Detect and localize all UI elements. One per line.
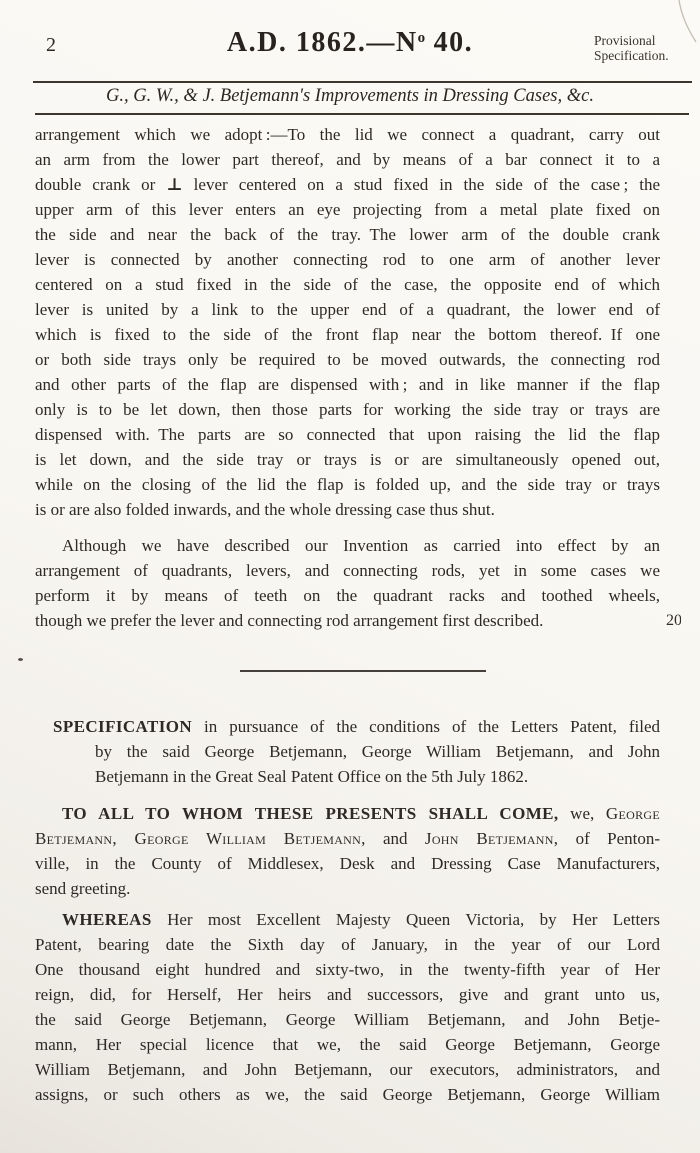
text-segment: William Betjemann, and John Betjemann, o… <box>35 1060 660 1079</box>
text-line: SPECIFICATION in pursuance of the condit… <box>35 714 660 739</box>
text-line: and other parts of the flap are dispense… <box>35 372 660 397</box>
text-line: WHEREAS Her most Excellent Majesty Queen… <box>35 907 660 932</box>
text-segment: mann, Her special licence that we, the s… <box>35 1035 660 1054</box>
header-rule-top <box>33 81 692 83</box>
text-line: centered on a stud fixed in the side of … <box>35 272 660 297</box>
text-line: while on the closing of the lid the flap… <box>35 472 660 497</box>
text-line: ville, in the County of Middlesex, Desk … <box>35 851 660 876</box>
text-line: arrangement which we adopt :—To the lid … <box>35 122 660 147</box>
scanned-patent-page: 2 A.D. 1862.—No 40. Provisional Specific… <box>0 0 700 1153</box>
ink-speck <box>18 658 23 661</box>
text-segment: of Penton- <box>558 829 660 848</box>
text-segment: which is fixed to the side of the front … <box>35 325 660 344</box>
text-segment-sc: George <box>606 804 660 823</box>
text-segment: Although we have described our Invention… <box>62 536 660 555</box>
text-line: send greeting. <box>35 876 660 901</box>
text-segment-sc: Betjemann, George William Betjemann, <box>35 829 366 848</box>
text-segment: is let down, and the side tray or trays … <box>35 450 660 469</box>
text-segment: the side and near the back of the tray. … <box>35 225 660 244</box>
specification-text: arrangement which we adopt :—To the lid … <box>35 122 660 1107</box>
text-segment-b: WHEREAS <box>62 910 152 929</box>
text-segment: lever is connected by another connecting… <box>35 250 660 269</box>
text-segment: reign, did, for Herself, Her heirs and s… <box>35 985 660 1004</box>
text-line: is let down, and the side tray or trays … <box>35 447 660 472</box>
text-segment-b: SPECIFICATION <box>53 717 192 736</box>
text-line: double crank or ⊥ lever centered on a st… <box>35 172 660 197</box>
text-line: Patent, bearing date the Sixth day of Ja… <box>35 932 660 957</box>
text-line: William Betjemann, and John Betjemann, o… <box>35 1057 660 1082</box>
running-title: G., G. W., & J. Betjemann's Improvements… <box>0 86 700 107</box>
text-line: is or are also folded inwards, and the w… <box>35 497 660 522</box>
text-line: or both side trays only be required to b… <box>35 347 660 372</box>
text-segment-sup: o <box>418 30 426 46</box>
text-segment: the said George Betjemann, George Willia… <box>35 1010 660 1029</box>
text-segment: perform it by means of teeth on the quad… <box>35 586 660 605</box>
text-line: the side and near the back of the tray. … <box>35 222 660 247</box>
text-segment: lever centered on a stud fixed in the si… <box>183 175 660 194</box>
text-line: arrangement of quadrants, levers, and co… <box>35 558 660 583</box>
text-line: Betjemann, George William Betjemann, and… <box>35 826 660 851</box>
text-line: the said George Betjemann, George Willia… <box>35 1007 660 1032</box>
text-segment: and <box>366 829 425 848</box>
text-segment: Her most Excellent Majesty Queen Victori… <box>152 910 660 929</box>
text-segment: upper arm of this lever enters an eye pr… <box>35 200 660 219</box>
text-segment: only is to be let down, then those parts… <box>35 400 660 419</box>
text-line: mann, Her special licence that we, the s… <box>35 1032 660 1057</box>
text-line: lever is united by a link to the upper e… <box>35 297 660 322</box>
text-segment: double crank or <box>35 175 166 194</box>
text-segment-sc: John Betjemann, <box>425 829 558 848</box>
text-line: by the said George Betjemann, George Wil… <box>35 739 660 764</box>
text-segment: is or are also folded inwards, and the w… <box>35 500 495 519</box>
text-segment-glyph: ⊥ <box>166 175 182 194</box>
paragraph: arrangement which we adopt :—To the lid … <box>35 122 660 522</box>
text-segment: and other parts of the flap are dispense… <box>35 375 660 394</box>
spec-annotation-line2: Specification. <box>594 48 669 63</box>
text-line: Betjemann in the Great Seal Patent Offic… <box>35 764 660 789</box>
text-segment: 40. <box>425 27 473 58</box>
text-segment: by the said George Betjemann, George Wil… <box>95 742 660 761</box>
paragraph: TO ALL TO WHOM THESE PRESENTS SHALL COME… <box>35 801 660 901</box>
text-line: Although we have described our Invention… <box>35 533 660 558</box>
text-line: assigns, or such others as we, the said … <box>35 1082 660 1107</box>
paragraph: Although we have described our Invention… <box>35 533 660 633</box>
text-line: upper arm of this lever enters an eye pr… <box>35 197 660 222</box>
text-line: perform it by means of teeth on the quad… <box>35 583 660 608</box>
text-segment: centered on a stud fixed in the side of … <box>35 275 660 294</box>
text-line: TO ALL TO WHOM THESE PRESENTS SHALL COME… <box>35 801 660 826</box>
text-segment: assigns, or such others as we, the said … <box>35 1085 660 1104</box>
text-segment: One thousand eight hundred and sixty-two… <box>35 960 660 979</box>
text-segment: arrangement of quadrants, levers, and co… <box>35 561 660 580</box>
text-line: only is to be let down, then those parts… <box>35 397 660 422</box>
text-segment: Patent, bearing date the Sixth day of Ja… <box>35 935 660 954</box>
text-segment: dispensed with. The parts are so connect… <box>35 425 660 444</box>
text-line: reign, did, for Herself, Her heirs and s… <box>35 982 660 1007</box>
text-segment: arrangement which we adopt :—To the lid … <box>35 125 660 144</box>
paragraph: WHEREAS Her most Excellent Majesty Queen… <box>35 907 660 1107</box>
scan-crease-mark <box>640 0 700 45</box>
text-segment: A.D. 1862.—N <box>227 27 418 58</box>
text-segment: send greeting. <box>35 879 130 898</box>
text-segment: lever is united by a link to the upper e… <box>35 300 660 319</box>
text-segment: while on the closing of the lid the flap… <box>35 475 660 494</box>
text-segment: though we prefer the lever and connectin… <box>35 611 543 630</box>
text-segment: an arm from the lower part thereof, and … <box>35 150 660 169</box>
text-line: dispensed with. The parts are so connect… <box>35 422 660 447</box>
section-divider-rule <box>240 670 486 672</box>
text-segment: Betjemann in the Great Seal Patent Offic… <box>95 767 528 786</box>
header-rule-bottom <box>35 113 689 115</box>
text-segment: in pursuance of the conditions of the Le… <box>192 717 660 736</box>
text-line: One thousand eight hundred and sixty-two… <box>35 957 660 982</box>
paragraph: SPECIFICATION in pursuance of the condit… <box>35 714 660 789</box>
text-line: which is fixed to the side of the front … <box>35 322 660 347</box>
text-line: an arm from the lower part thereof, and … <box>35 147 660 172</box>
text-line: though we prefer the lever and connectin… <box>35 608 660 633</box>
text-line: lever is connected by another connecting… <box>35 247 660 272</box>
text-segment: or both side trays only be required to b… <box>35 350 660 369</box>
line-number: 20 <box>666 608 681 633</box>
text-segment: we, <box>559 804 606 823</box>
text-segment-b: TO ALL TO WHOM THESE PRESENTS SHALL COME… <box>62 804 559 823</box>
text-segment: ville, in the County of Middlesex, Desk … <box>35 854 660 873</box>
